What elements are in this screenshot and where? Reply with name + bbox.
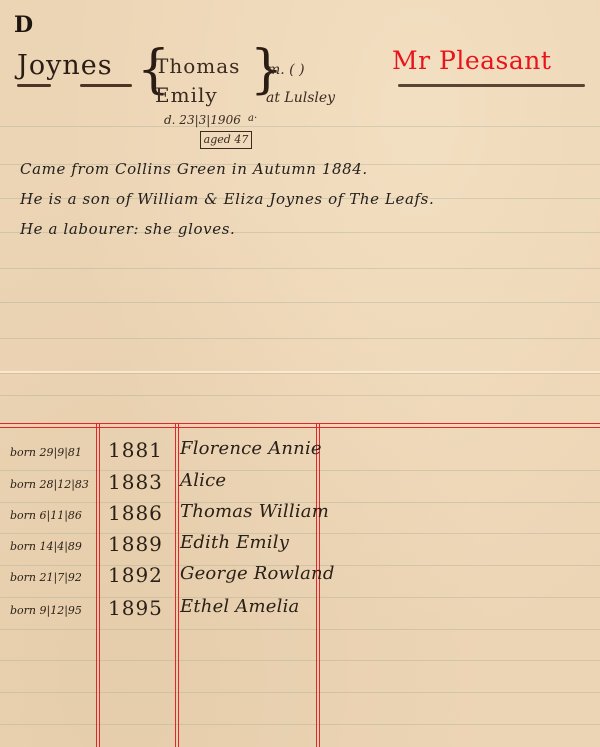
birth-year: 1881 (108, 438, 174, 462)
birth-date: born 21|7|92 (10, 571, 96, 584)
child-row: born 14|4|89 1889 Edith Emily (0, 532, 600, 562)
ruling-line (0, 126, 600, 127)
child-row: born 6|11|86 1886 Thomas William (0, 501, 600, 531)
note-line: He is a son of William & Eliza Joynes of… (20, 190, 434, 208)
birth-year: 1886 (108, 501, 174, 525)
birth-date: born 29|9|81 (10, 446, 96, 459)
birth-date: born 28|12|83 (10, 478, 96, 491)
ruling-line (0, 338, 600, 339)
surname-underline (80, 84, 132, 87)
wife-death-suffix: a· (248, 113, 257, 124)
birth-year: 1883 (108, 470, 174, 494)
wife-death-date: d. 23|3|1906 (164, 113, 241, 127)
ruling-line (0, 268, 600, 269)
ruling-line (0, 724, 600, 725)
marriage-note: m. ( ) (267, 62, 305, 78)
red-rule-top (0, 423, 600, 424)
ruling-line (0, 660, 600, 661)
wife-age-box: aged 47 (200, 131, 252, 149)
husband-name: Thomas (155, 54, 240, 78)
child-name: Ethel Amelia (180, 596, 340, 617)
child-row: born 21|7|92 1892 George Rowland (0, 563, 600, 593)
section-letter: D (14, 12, 33, 38)
place-title: Mr Pleasant (392, 46, 551, 75)
birth-date: born 14|4|89 (10, 540, 96, 553)
ruling-line (0, 302, 600, 303)
page-fold (0, 371, 600, 373)
birth-year: 1895 (108, 596, 174, 620)
birth-year: 1892 (108, 563, 174, 587)
child-name: George Rowland (180, 563, 340, 584)
child-row: born 29|9|81 1881 Florence Annie (0, 438, 600, 468)
place-underline (398, 84, 585, 87)
note-line: Came from Collins Green in Autumn 1884. (20, 160, 368, 178)
child-name: Alice (180, 470, 340, 491)
child-row: born 9|12|95 1895 Ethel Amelia (0, 596, 600, 626)
ruling-line (0, 395, 600, 396)
birth-year: 1889 (108, 532, 174, 556)
ruling-line (0, 692, 600, 693)
birth-date: born 9|12|95 (10, 604, 96, 617)
wife-name: Emily (155, 83, 218, 107)
surname-underline (17, 84, 51, 87)
marriage-place: at Lulsley (266, 90, 335, 106)
note-line: He a labourer: she gloves. (20, 220, 235, 238)
child-name: Edith Emily (180, 532, 340, 553)
child-name: Florence Annie (180, 438, 340, 459)
red-rule-bottom (0, 427, 600, 428)
child-row: born 28|12|83 1883 Alice (0, 470, 600, 500)
birth-date: born 6|11|86 (10, 509, 96, 522)
ledger-page (0, 0, 600, 747)
child-name: Thomas William (180, 501, 340, 522)
ruling-line (0, 629, 600, 630)
family-surname: Joynes (17, 50, 113, 81)
